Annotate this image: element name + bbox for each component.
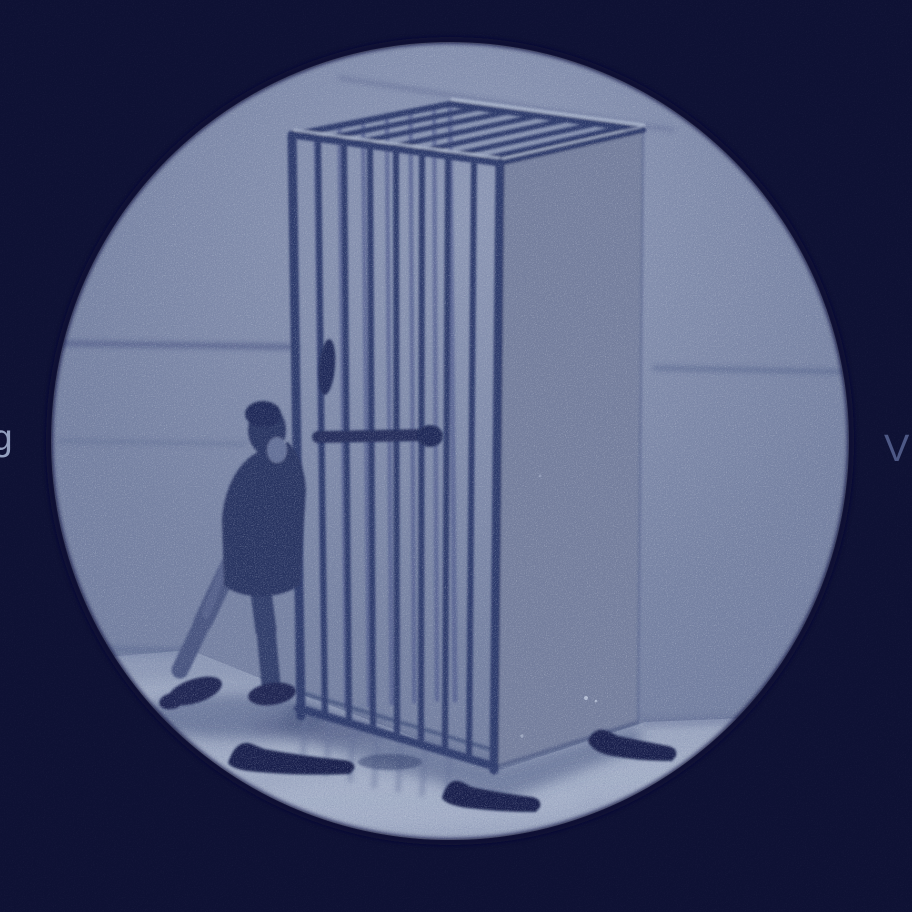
photo-scene [0, 0, 912, 912]
album-cover: g V [0, 0, 912, 912]
text-fragment-left: g [0, 419, 13, 456]
text-fragment-right: V [884, 430, 909, 468]
